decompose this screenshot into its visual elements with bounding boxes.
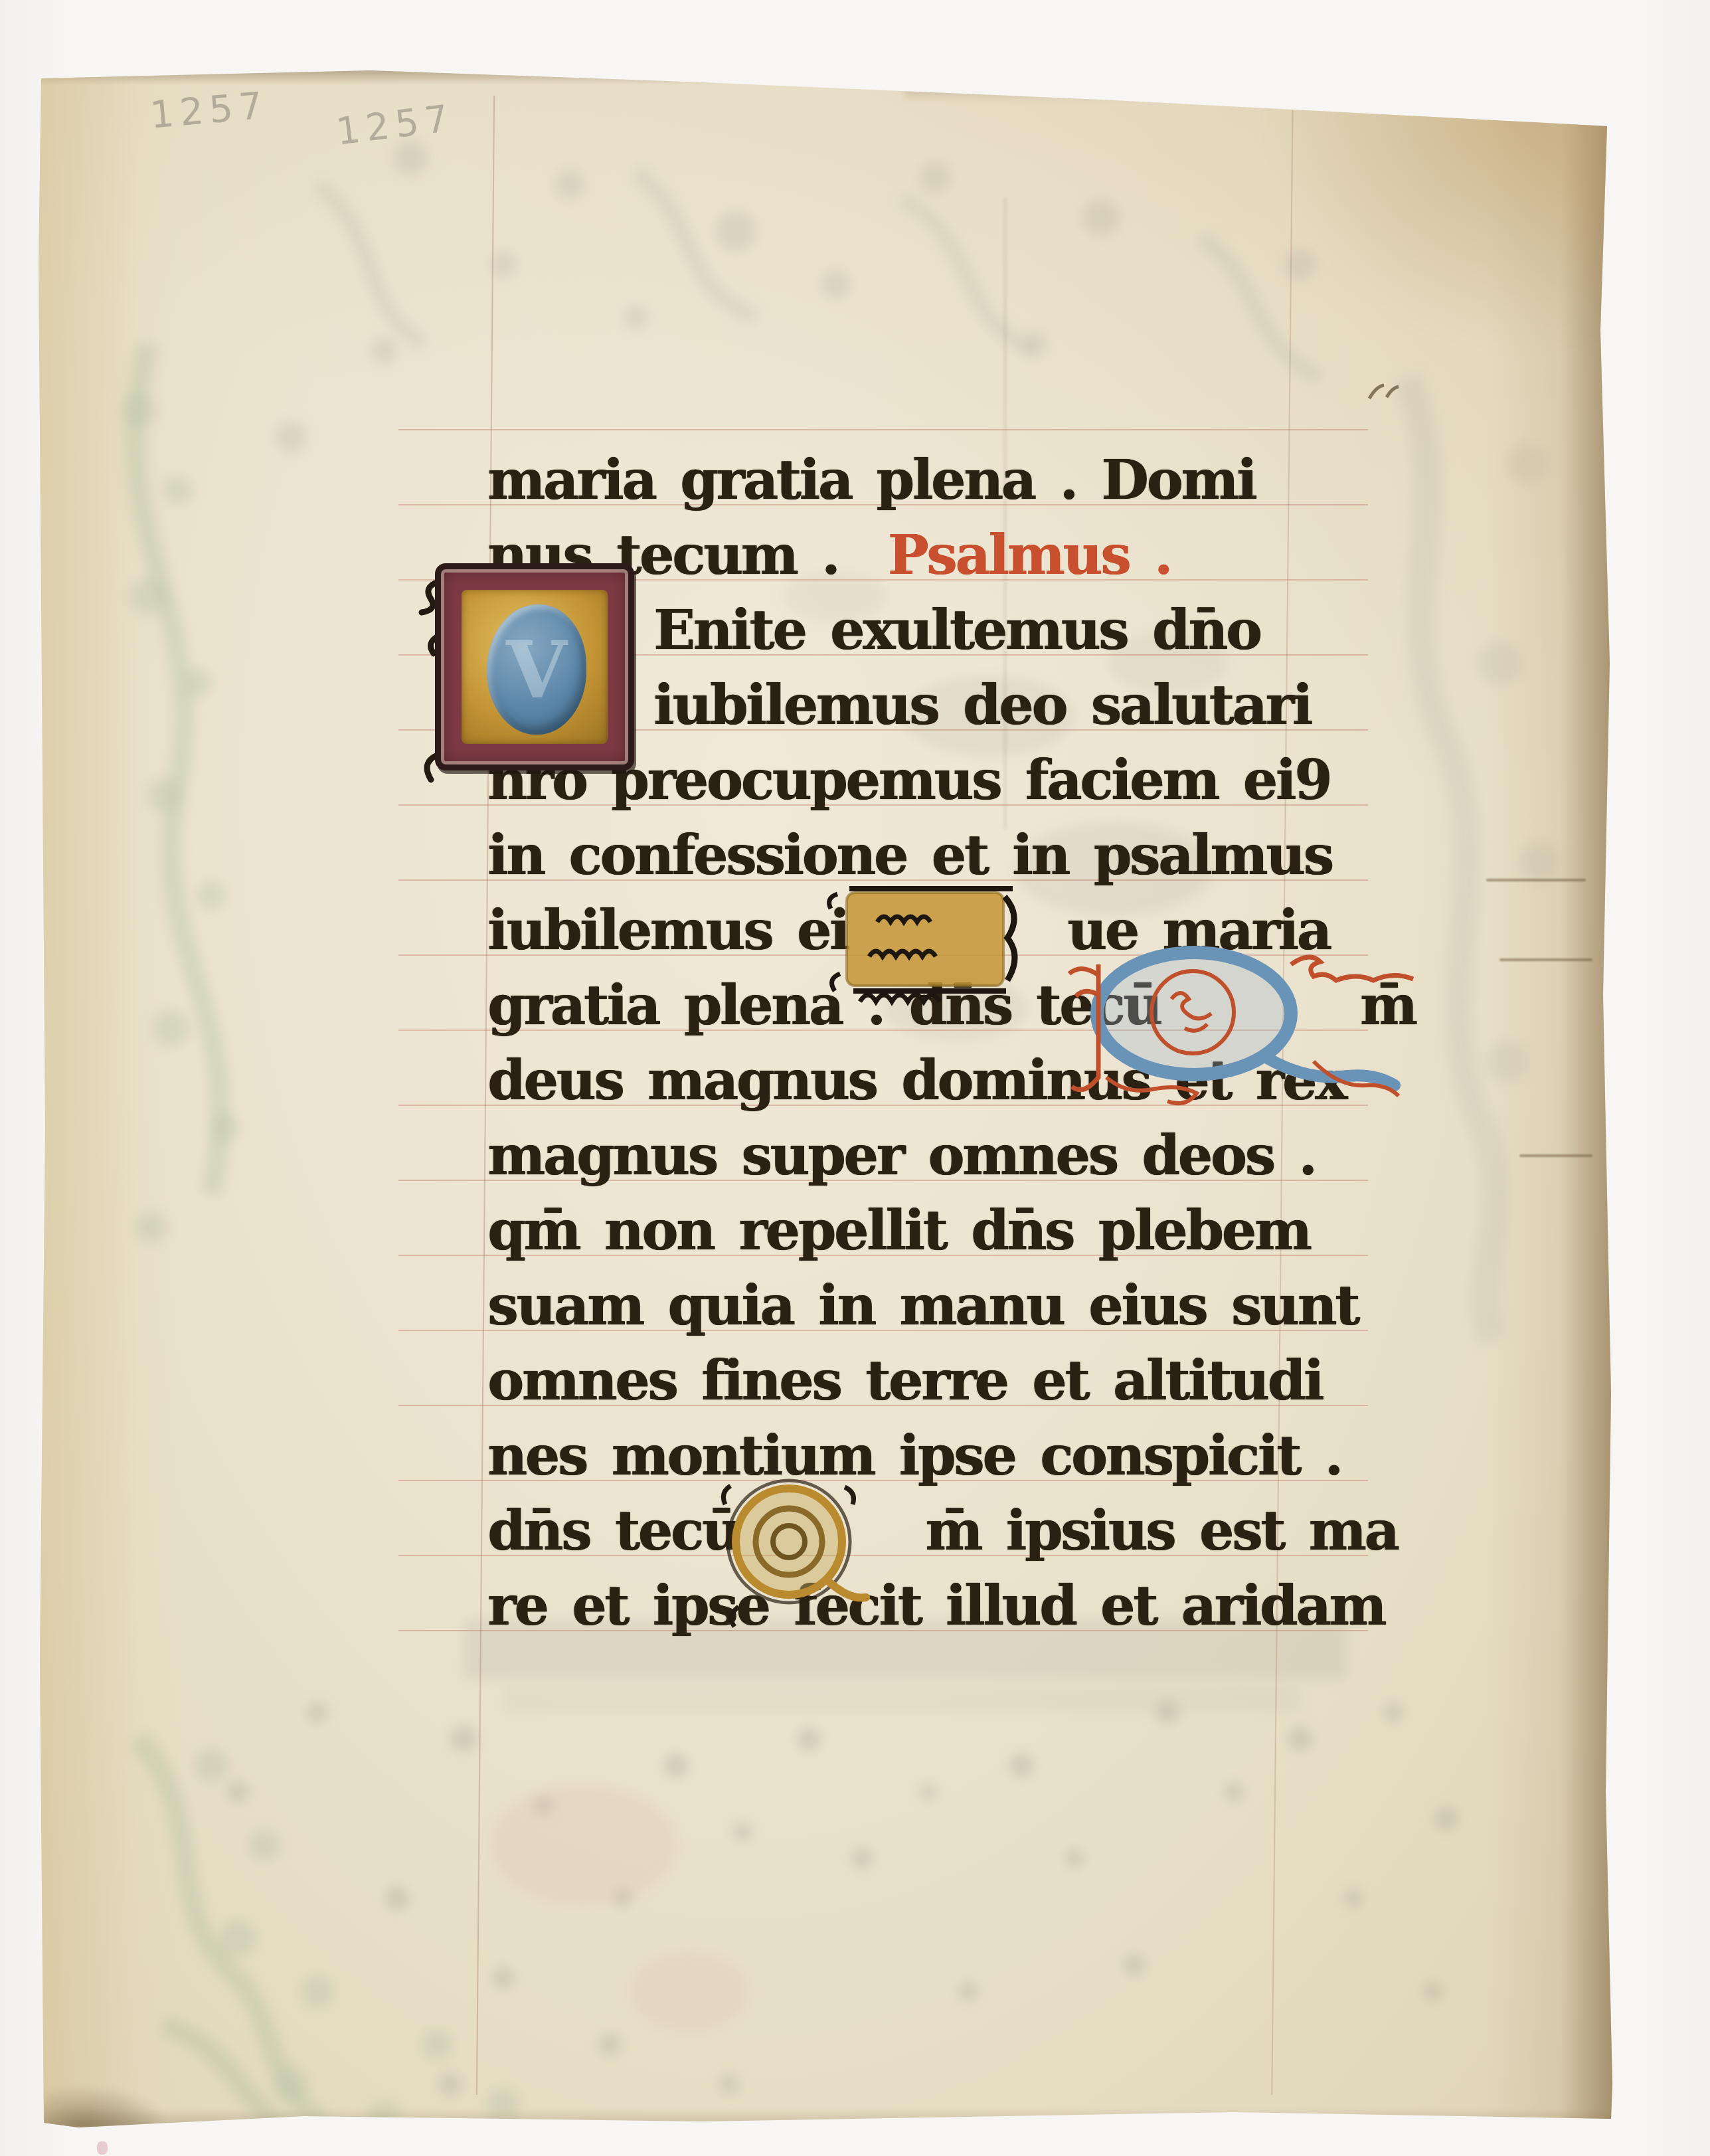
text-line-11: qm̄ non repellit dn̄s plebem bbox=[487, 1196, 1310, 1271]
ink-mark bbox=[1364, 379, 1404, 408]
line11-text: qm̄ non repellit dn̄s plebem bbox=[487, 1196, 1310, 1265]
leaf-corner-stain bbox=[1267, 32, 1639, 344]
showthrough-dots-top bbox=[275, 141, 1316, 453]
line4-text: iubilemus deo salutari bbox=[653, 671, 1311, 740]
line7-text-a: iubilemus ei bbox=[487, 896, 848, 965]
edge-tear-3 bbox=[1519, 1154, 1592, 1157]
line15-text-a: dn̄s tecū bbox=[487, 1496, 739, 1566]
gold-cadel-Q bbox=[704, 1463, 877, 1629]
leaf-edge-right-shade bbox=[1561, 65, 1612, 2131]
leaf-edge-left-tint bbox=[39, 65, 138, 2131]
text-line-13: omnes fines terre et altitudi bbox=[487, 1346, 1322, 1421]
text-line-14: nes montium ipse conspicit . bbox=[487, 1421, 1341, 1496]
photograph-backdrop: 1257 1257 maria gratia plena . Domi nus … bbox=[0, 0, 1710, 2156]
showthrough-foliage-top bbox=[317, 171, 1320, 377]
leaf-edge-top-right-shade bbox=[904, 65, 1613, 102]
line13-text: omnes fines terre et altitudi bbox=[487, 1346, 1322, 1415]
text-line-16: re et ipse fecit illud et aridam bbox=[487, 1572, 1385, 1647]
line10-text: magnus super omnes deos . bbox=[487, 1121, 1316, 1190]
line3-text: Enite exultemus dn̄o bbox=[653, 596, 1260, 665]
leaf-edge-bottom-shade bbox=[39, 2108, 1612, 2131]
illuminated-initial-V: V bbox=[435, 563, 634, 770]
text-line-1: maria gratia plena . Domi bbox=[487, 446, 1255, 521]
line1-text: maria gratia plena . Domi bbox=[487, 446, 1255, 515]
line12-text: suam quia in manu eius sunt bbox=[487, 1271, 1358, 1340]
edge-tear-1 bbox=[1486, 879, 1586, 881]
manuscript-leaf: 1257 1257 maria gratia plena . Domi nus … bbox=[39, 65, 1612, 2131]
line14-text: nes montium ipse conspicit . bbox=[487, 1421, 1341, 1490]
text-line-12: suam quia in manu eius sunt bbox=[487, 1271, 1358, 1346]
initial-letter-blue: V bbox=[487, 604, 586, 735]
gold-cadel-A bbox=[813, 874, 1039, 1007]
text-line-10: magnus super omnes deos . bbox=[487, 1121, 1316, 1196]
text-line-15: dn̄s tecūm̄ ipsius est ma bbox=[487, 1496, 1397, 1572]
initial-letterform: V bbox=[506, 624, 567, 716]
showthrough-pink-wash bbox=[490, 1785, 749, 2031]
backdrop-speck bbox=[97, 2141, 108, 2155]
leaf-edge-top-shade bbox=[39, 65, 1612, 85]
edge-tear-2 bbox=[1499, 958, 1592, 961]
line15-text-b: m̄ ipsius est ma bbox=[925, 1496, 1397, 1566]
flourished-initial-Q bbox=[1035, 935, 1420, 1128]
line16-text: re et ipse fecit illud et aridam bbox=[487, 1572, 1385, 1641]
rubric-psalmus: Psalmus . bbox=[887, 521, 1171, 590]
